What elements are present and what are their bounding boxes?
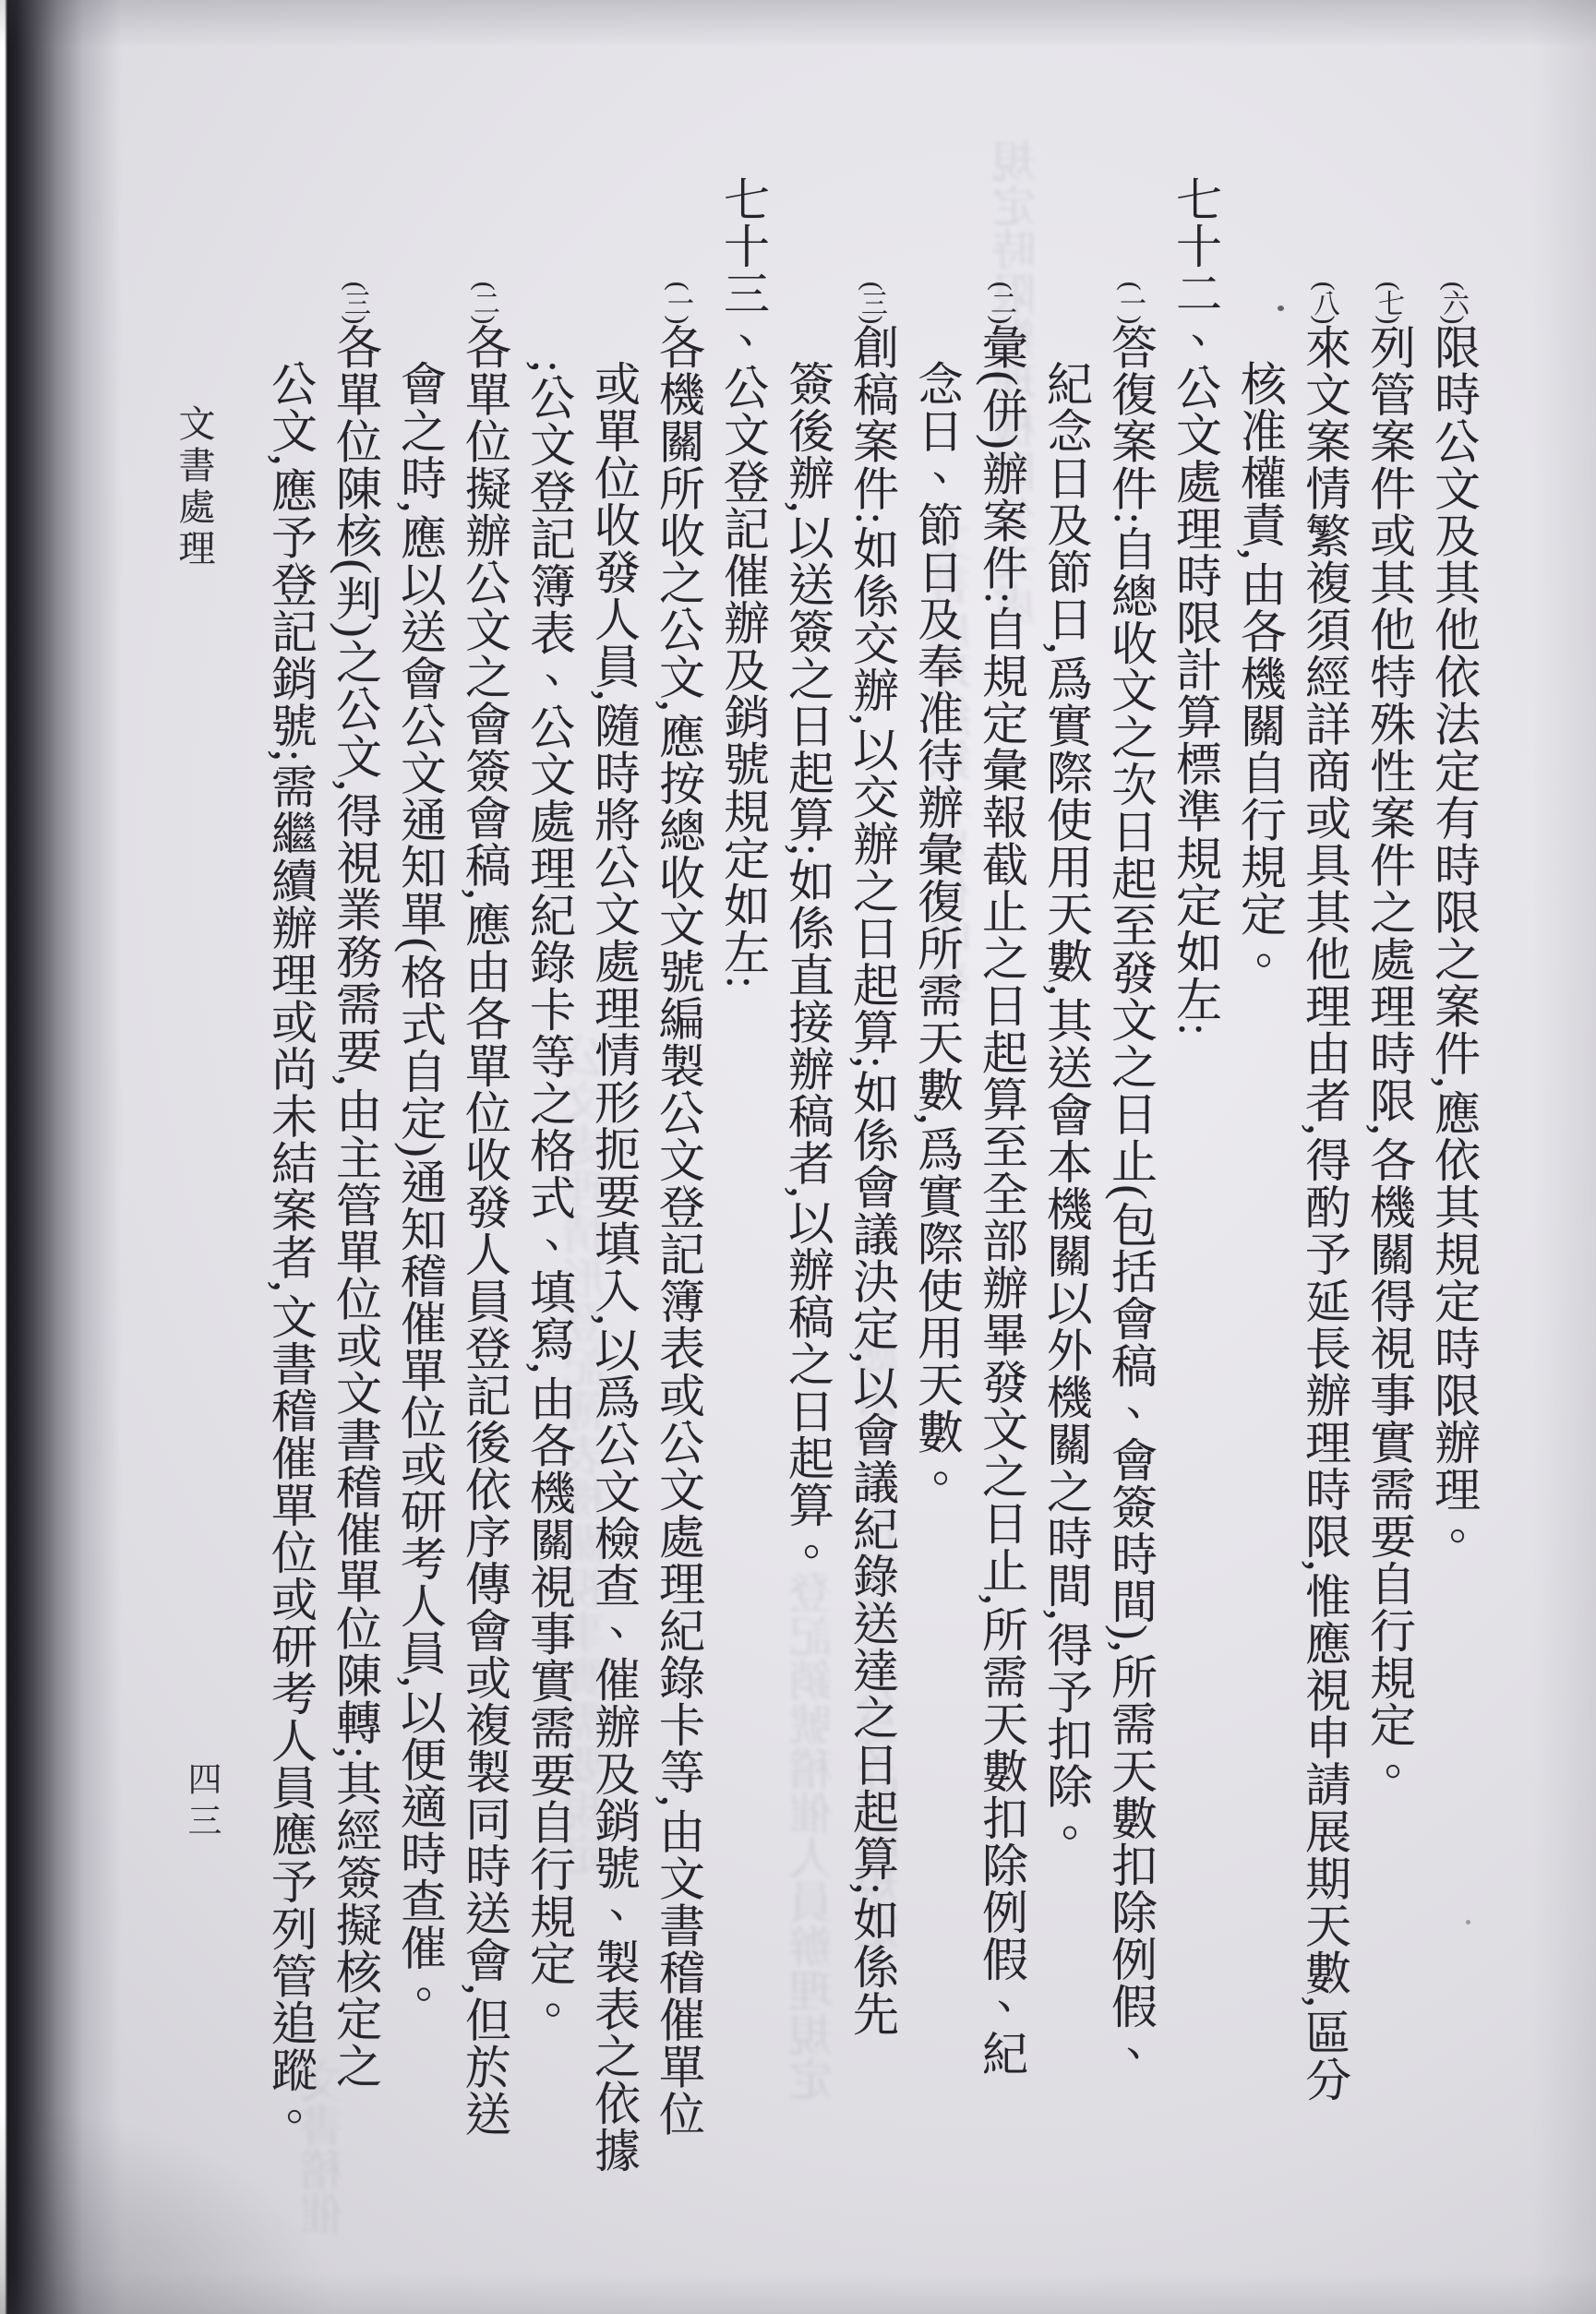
item-label: (二) (470, 282, 499, 323)
clause-item: (二)各單位擬辦公文之會簽會稿,應由各單位收發人員登記後依序傳會或複製同時送會,… (443, 175, 508, 2280)
column-text: 念日、節日及奉准待辦彙復所需天數,爲實際使用天數。 (911, 360, 963, 1503)
clause-continuation: 公文,應予登記銷號;需繼續辦理或尚未結案者,文書稽催單位或研考人員應予列管追蹤。 (249, 175, 314, 2280)
column-text: 簽後辦,以送簽之日起算;如係直接辦稿者,以辦稿之日起算。 (782, 360, 834, 1576)
column-text: 紀念日及節日,爲實際使用天數,其送會本機關以外機關之時間,得予扣除。 (1040, 360, 1092, 1857)
column-text: 核准權責,由各機關自行規定。 (1234, 360, 1286, 985)
column-text: 各機關所收之公文,應按總收文號編製公文登記簿表或公文處理紀錄卡等,由文書稽催單位 (653, 323, 704, 2137)
clause-item: (三)各單位陳核(判)之公文,得視業務需要,由主管單位或文書稽催單位陳轉;其經簽… (314, 175, 378, 2280)
clause-continuation: 簽後辦,以送簽之日起算;如係直接辦稿者,以辦稿之日起算。 (766, 175, 831, 2280)
column-text: 七十三、公文登記催辦及銷號規定如左: (717, 175, 769, 989)
item-label: (三) (341, 282, 370, 323)
page-number: 四三 (175, 1761, 225, 1844)
scanned-book-page: 規定時限辦理機關公文處 文書處理紀錄表單位收發 應由各單位辦理之公文時限規定 登… (0, 0, 1596, 2314)
item-label: (一) (664, 282, 693, 323)
column-text: 彙(併)辦案件:自規定彙報截止之日起算至全部辦畢發文之日止,所需天數扣除例假、紀 (976, 323, 1027, 2077)
column-text: 列管案件或其他特殊性案件之處理時限,各機關得視事實需要自行規定。 (1363, 323, 1415, 1795)
clause-item: (三)創稿案件:如係交辦,以交辦之日起算;如係會議決定,以會議紀錄送達之日起算;… (831, 175, 895, 2280)
column-text: ;公文登記簿表、公文處理紀錄卡等之格式、填寫,由各機關視事實需要自行規定。 (523, 360, 575, 2033)
item-label: (一) (1116, 282, 1146, 323)
item-label: (七) (1374, 282, 1404, 323)
clause-item: (八)來文案情繁複須經詳商或具其他理由者,得酌予延長辦理時限,惟應視申請展期天數… (1283, 175, 1348, 2280)
column-text: 或單位收發人員,隨時將公文處理情形扼要填入,以爲公文檢查、催辦及銷號、製表之依據 (588, 360, 640, 2174)
article-heading: 七十二、公文處理時限計算標準規定如左: (1154, 175, 1218, 2280)
running-head: 文書處理 (168, 404, 221, 570)
column-text: 會之時,應以送會公文通知單(格式自定)通知稽催單位或研考人員,以便適時查催。 (394, 360, 446, 2018)
clause-item: (六)限時公文及其他依法定有時限之案件,應依其規定時限辦理。 (1412, 175, 1477, 2280)
column-text: 各單位陳核(判)之公文,得視業務需要,由主管單位或文書稽催單位陳轉;其經簽擬核定… (330, 323, 381, 2089)
column-text: 來文案情繁複須經詳商或具其他理由者,得酌予延長辦理時限,惟應視申請展期天數,區分 (1299, 323, 1350, 2103)
clause-item: (二)彙(併)辦案件:自規定彙報截止之日起算至全部辦畢發文之日止,所需天數扣除例… (960, 175, 1025, 2280)
body-text: (六)限時公文及其他依法定有時限之案件,應依其規定時限辦理。 (七)列管案件或其… (249, 175, 1477, 2280)
clause-continuation: 核准權責,由各機關自行規定。 (1218, 175, 1283, 2280)
item-label: (三) (858, 282, 887, 323)
column-text: 答復案件:自總收文之次日起至發文之日止(包括會稿、會簽時間),所需天數扣除例假、 (1105, 323, 1157, 2077)
column-text: 創稿案件:如係交辦,以交辦之日起算;如係會議決定,以會議紀錄送達之日起算;如係先 (846, 323, 898, 2037)
item-label: (六) (1439, 282, 1469, 323)
column-text: 公文,應予登記銷號;需繼續辦理或尚未結案者,文書稽催單位或研考人員應予列管追蹤。 (265, 360, 317, 2140)
clause-continuation: 或單位收發人員,隨時將公文處理情形扼要填入,以爲公文檢查、催辦及銷號、製表之依據 (572, 175, 637, 2280)
column-text: 七十二、公文處理時限計算標準規定如左: (1170, 175, 1221, 1037)
article-heading: 七十三、公文登記催辦及銷號規定如左: (702, 175, 766, 2280)
item-label: (二) (987, 282, 1016, 323)
clause-continuation: 念日、節日及奉准待辦彙復所需天數,爲實際使用天數。 (895, 175, 960, 2280)
dust-speck (1278, 306, 1284, 311)
item-label: (八) (1310, 282, 1339, 323)
dust-speck (1466, 1920, 1470, 1924)
clause-item: (一)答復案件:自總收文之次日起至發文之日止(包括會稿、會簽時間),所需天數扣除… (1089, 175, 1154, 2280)
column-text: 限時公文及其他依法定有時限之案件,應依其規定時限辦理。 (1428, 323, 1480, 1560)
clause-continuation: 會之時,應以送會公文通知單(格式自定)通知稽催單位或研考人員,以便適時查催。 (378, 175, 443, 2280)
column-text: 各單位擬辦公文之會簽會稿,應由各單位收發人員登記後依序傳會或複製同時送會,但於送 (459, 323, 510, 2137)
clause-continuation: ;公文登記簿表、公文處理紀錄卡等之格式、填寫,由各機關視事實需要自行規定。 (508, 175, 572, 2280)
clause-item: (七)列管案件或其他特殊性案件之處理時限,各機關得視事實需要自行規定。 (1348, 175, 1412, 2280)
clause-item: (一)各機關所收之公文,應按總收文號編製公文登記簿表或公文處理紀錄卡等,由文書稽… (637, 175, 702, 2280)
clause-continuation: 紀念日及節日,爲實際使用天數,其送會本機關以外機關之時間,得予扣除。 (1025, 175, 1089, 2280)
